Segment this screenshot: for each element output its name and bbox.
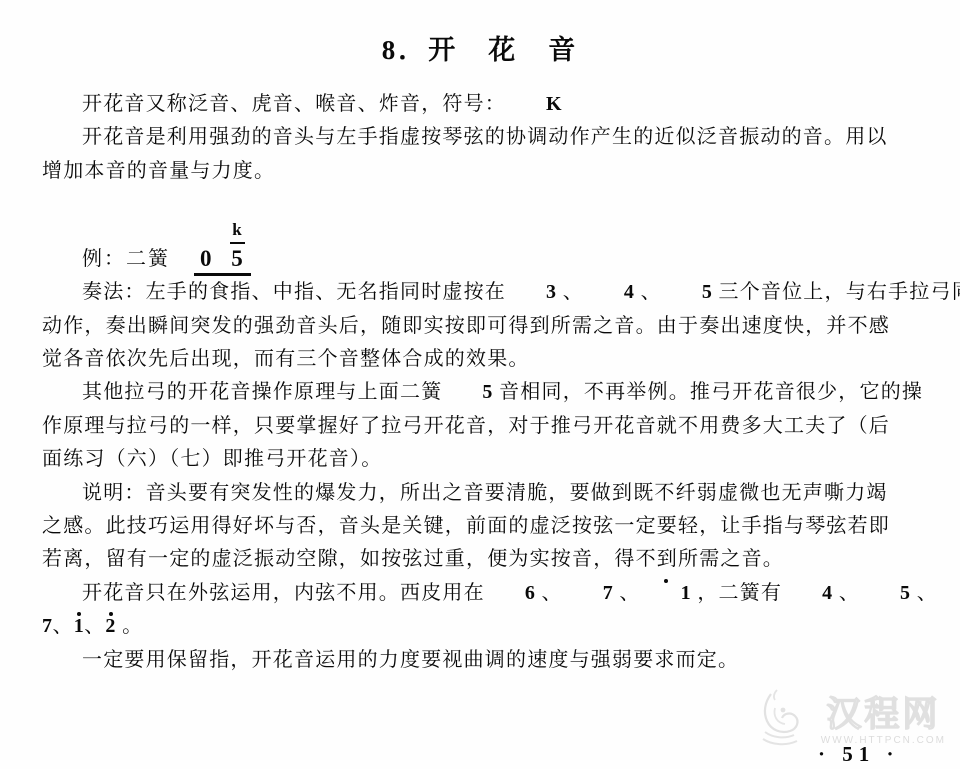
- text-segment: 三个音位上，与右手拉弓同时: [712, 281, 960, 303]
- jianpu-number: 1: [641, 577, 692, 610]
- jianpu-number: 2: [105, 610, 116, 643]
- text-line: 面练习（六）（七）即推弓开花音）。: [42, 443, 922, 476]
- text-segment: 、: [613, 582, 640, 604]
- symbol-dash: [230, 242, 245, 244]
- text-segment: 、: [53, 615, 74, 637]
- paragraph: 其他拉弓的开花音操作原理与上面二簧5 音相同，不再举例。推弓开花音很少，它的操作…: [42, 376, 922, 476]
- jianpu-number: 4: [584, 276, 635, 309]
- notation-example: 例：二簧 0 k 5: [42, 202, 922, 276]
- text-segment: 增加本音的音量与力度。: [42, 160, 275, 182]
- text-line: 之感。此技巧运用得好坏与否，音头是关键，前面的虚泛按弦一定要轻，让手指与琴弦若即: [42, 510, 922, 543]
- page-title: 8．开 花 音: [0, 0, 960, 67]
- text-segment: 觉各音依次先后出现，而有三个音整体合成的效果。: [42, 348, 530, 370]
- paragraph: 说明：音头要有突发性的爆发力，所出之音要清脆，要做到既不纤弱虚微也无声嘶力竭之感…: [42, 477, 922, 577]
- paragraph: 开花音是利用强劲的音头与左手指虚按琴弦的协调动作产生的近似泛音振动的音。用以增加…: [42, 121, 922, 188]
- jianpu-number: 5: [662, 276, 713, 309]
- text-segment: 、: [634, 281, 661, 303]
- text-line: 开花音只在外弦运用，内弦不用。西皮用在6 、7 、1 ，二簧有4 、5 、6 ，…: [42, 577, 922, 610]
- jianpu-number: 7: [563, 577, 614, 610]
- text-segment: ，二簧有: [691, 582, 782, 604]
- jianpu-number: 4: [782, 577, 833, 610]
- jianpu-note-column: k 5: [230, 221, 245, 271]
- text-line: 7、1、2 。: [42, 610, 922, 643]
- text-segment: 、: [911, 582, 938, 604]
- text-segment: 、: [84, 615, 105, 637]
- paragraph: 开花音又称泛音、虎音、喉音、炸音，符号：K: [42, 88, 922, 121]
- jianpu-number: 3: [506, 276, 557, 309]
- intro-paragraphs: 开花音又称泛音、虎音、喉音、炸音，符号：K开花音是利用强劲的音头与左手指虚按琴弦…: [42, 88, 922, 188]
- text-segment: 动作，奏出瞬间突发的强劲音头后，随即实按即可得到所需之音。由于奏出速度快，并不感: [42, 315, 890, 337]
- text-line: 开花音是利用强劲的音头与左手指虚按琴弦的协调动作产生的近似泛音振动的音。用以: [42, 121, 922, 154]
- jianpu-note: 5: [231, 247, 243, 271]
- paragraph: 开花音只在外弦运用，内弦不用。西皮用在6 、7 、1 ，二簧有4 、5 、6 ，…: [42, 577, 922, 644]
- jianpu-number: 6: [485, 577, 536, 610]
- text-segment: 音相同，不再举例。推弓开花音很少，它的操: [493, 381, 923, 403]
- text-line: 觉各音依次先后出现，而有三个音整体合成的效果。: [42, 343, 922, 376]
- body-paragraphs: 奏法：左手的食指、中指、无名指同时虚按在3 、4 、5 三个音位上，与右手拉弓同…: [42, 276, 922, 677]
- text-line: 其他拉弓的开花音操作原理与上面二簧5 音相同，不再举例。推弓开花音很少，它的操: [42, 376, 922, 409]
- page-number: · 51 ·: [818, 742, 900, 767]
- paragraph: 奏法：左手的食指、中指、无名指同时虚按在3 、4 、5 三个音位上，与右手拉弓同…: [42, 276, 922, 376]
- text-segment: 若离，留有一定的虚泛振动空隙，如按弦过重，便为实按音，得不到所需之音。: [42, 548, 784, 570]
- text-segment: 面练习（六）（七）即推弓开花音）。: [42, 448, 382, 470]
- jianpu-number: 7: [42, 610, 53, 643]
- text-segment: 一定要用保留指，开花音运用的力度要视曲调的速度与强弱要求而定。: [82, 649, 739, 671]
- text-segment: 奏法：左手的食指、中指、无名指同时虚按在: [82, 281, 506, 303]
- text-segment: 其他拉弓的开花音操作原理与上面二簧: [82, 381, 442, 403]
- document-page: 8．开 花 音 开花音又称泛音、虎音、喉音、炸音，符号：K开花音是利用强劲的音头…: [0, 0, 960, 769]
- text-segment: 之感。此技巧运用得好坏与否，音头是关键，前面的虚泛按弦一定要轻，让手指与琴弦若即: [42, 515, 890, 537]
- jianpu-number: 5: [860, 577, 911, 610]
- text-line: 说明：音头要有突发性的爆发力，所出之音要清脆，要做到既不纤弱虚微也无声嘶力竭: [42, 477, 922, 510]
- text-line: 一定要用保留指，开花音运用的力度要视曲调的速度与强弱要求而定。: [42, 644, 922, 677]
- jianpu-number: 1: [74, 610, 85, 643]
- jianpu-beam: 0 k 5: [194, 221, 251, 276]
- text-segment: 说明：音头要有突发性的爆发力，所出之音要清脆，要做到既不纤弱虚微也无声嘶力竭: [82, 482, 888, 504]
- text-segment: 开花音又称泛音、虎音、喉音、炸音，符号：: [82, 93, 506, 115]
- watermark-site-name: 汉程网: [826, 697, 940, 733]
- jianpu-number: K: [506, 88, 562, 121]
- text-segment: 开花音是利用强劲的音头与左手指虚按琴弦的协调动作产生的近似泛音振动的音。用以: [82, 126, 888, 148]
- dragon-logo-icon: [761, 688, 817, 755]
- text-line: 增加本音的音量与力度。: [42, 155, 922, 188]
- jianpu-number: 6: [938, 577, 960, 610]
- text-line: 奏法：左手的食指、中指、无名指同时虚按在3 、4 、5 三个音位上，与右手拉弓同…: [42, 276, 922, 309]
- jianpu-number: 5: [442, 376, 493, 409]
- text-segment: 、: [833, 582, 860, 604]
- jianpu-rest: 0: [200, 246, 212, 271]
- example-label: 例：二簧: [82, 244, 170, 276]
- text-line: 若离，留有一定的虚泛振动空隙，如按弦过重，便为实按音，得不到所需之音。: [42, 543, 922, 576]
- watermark-text: 汉程网 WWW.HTTPCN.COM: [821, 697, 946, 746]
- text-segment: 开花音只在外弦运用，内弦不用。西皮用在: [82, 582, 485, 604]
- document-body: 开花音又称泛音、虎音、喉音、炸音，符号：K开花音是利用强劲的音头与左手指虚按琴弦…: [42, 88, 922, 677]
- text-line: 开花音又称泛音、虎音、喉音、炸音，符号：K: [42, 88, 922, 121]
- text-line: 作原理与拉弓的一样，只要掌握好了拉弓开花音，对于推弓开花音就不用费多大工夫了（后: [42, 410, 922, 443]
- kaihua-symbol: k: [232, 221, 241, 238]
- paragraph: 一定要用保留指，开花音运用的力度要视曲调的速度与强弱要求而定。: [42, 644, 922, 677]
- text-segment: 、: [535, 582, 562, 604]
- text-segment: 作原理与拉弓的一样，只要掌握好了拉弓开花音，对于推弓开花音就不用费多大工夫了（后: [42, 415, 890, 437]
- text-line: 动作，奏出瞬间突发的强劲音头后，随即实按即可得到所需之音。由于奏出速度快，并不感: [42, 310, 922, 343]
- text-segment: 。: [116, 615, 143, 637]
- text-segment: 、: [557, 281, 584, 303]
